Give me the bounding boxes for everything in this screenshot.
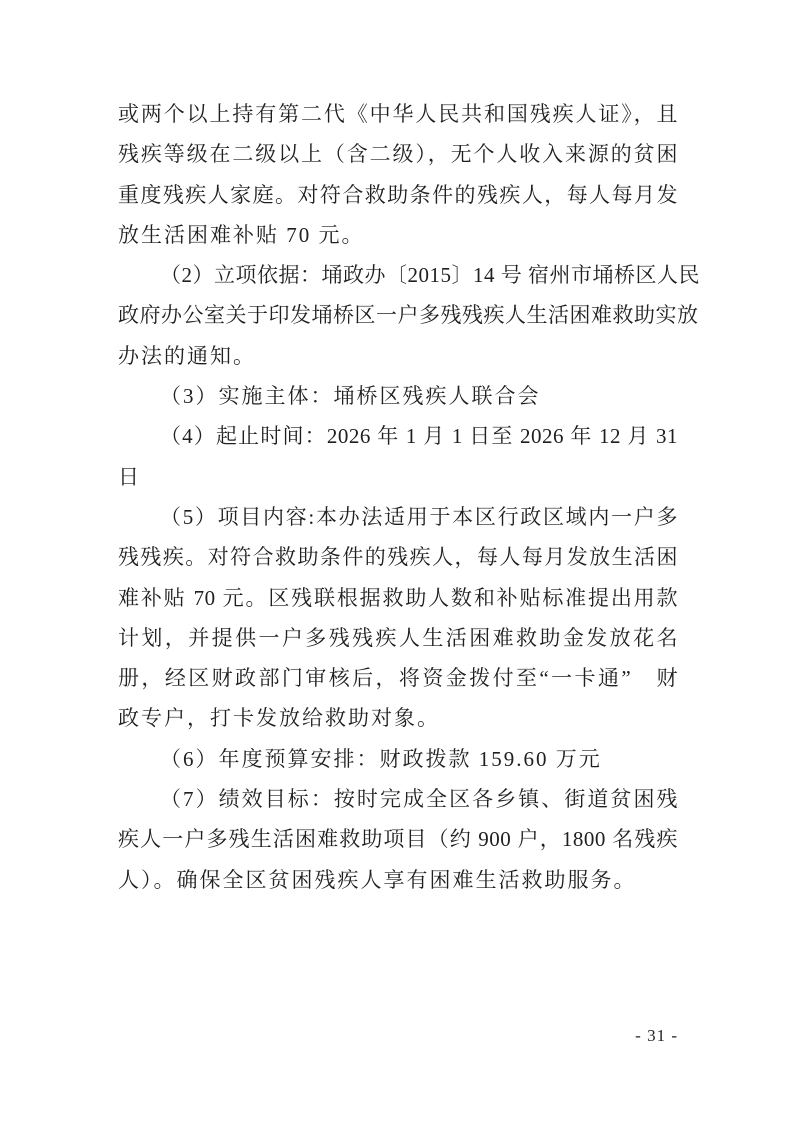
text-line: 疾人一户多残生活困难救助项目（约 900 户，1800 名残疾: [118, 819, 678, 859]
paragraph: （6）年度预算安排：财政拨款 159.60 万元: [118, 739, 678, 779]
text-line: （5）项目内容:本办法适用于本区行政区域内一户多: [118, 497, 678, 537]
text-line: 计划，并提供一户多残残疾人生活困难救助金发放花名: [118, 618, 678, 658]
text-line: （2）立项依据：埇政办〔2015〕14 号 宿州市埇桥区人民: [118, 255, 678, 295]
text-line: 政府办公室关于印发埇桥区一户多残残疾人生活困难救助实放: [118, 295, 678, 335]
text-line: 残疾等级在二级以上（含二级），无个人收入来源的贫困: [118, 134, 678, 174]
paragraph: 或两个以上持有第二代《中华人民共和国残疾人证》，且残疾等级在二级以上（含二级），…: [118, 94, 678, 255]
text-line: （3）实施主体：埇桥区残疾人联合会: [118, 376, 678, 416]
paragraph: （2）立项依据：埇政办〔2015〕14 号 宿州市埇桥区人民政府办公室关于印发埇…: [118, 255, 678, 376]
text-line: 或两个以上持有第二代《中华人民共和国残疾人证》，且: [118, 94, 678, 134]
text-line: 重度残疾人家庭。对符合救助条件的残疾人，每人每月发: [118, 175, 678, 215]
text-line: 日: [118, 457, 678, 497]
text-line: 办法的通知。: [118, 336, 678, 376]
text-line: （4）起止时间：2026 年 1 月 1 日至 2026 年 12 月 31: [118, 416, 678, 456]
text-line: 残残疾。对符合救助条件的残疾人，每人每月发放生活困: [118, 537, 678, 577]
text-line: 政专户，打卡发放给救助对象。: [118, 698, 678, 738]
document-page: 或两个以上持有第二代《中华人民共和国残疾人证》，且残疾等级在二级以上（含二级），…: [0, 0, 793, 1122]
paragraph: （3）实施主体：埇桥区残疾人联合会: [118, 376, 678, 416]
page-number: - 31 -: [118, 1024, 678, 1048]
paragraph: （5）项目内容:本办法适用于本区行政区域内一户多残残疾。对符合救助条件的残疾人，…: [118, 497, 678, 739]
document-body: 或两个以上持有第二代《中华人民共和国残疾人证》，且残疾等级在二级以上（含二级），…: [118, 94, 678, 900]
paragraph: （7）绩效目标：按时完成全区各乡镇、街道贫困残疾人一户多残生活困难救助项目（约 …: [118, 779, 678, 900]
text-line: 放生活困难补贴 70 元。: [118, 215, 678, 255]
text-line: 册，经区财政部门审核后，将资金拨付至“一卡通” 财: [118, 658, 678, 698]
text-line: （7）绩效目标：按时完成全区各乡镇、街道贫困残: [118, 779, 678, 819]
text-line: 难补贴 70 元。区残联根据救助人数和补贴标准提出用款: [118, 578, 678, 618]
text-line: （6）年度预算安排：财政拨款 159.60 万元: [118, 739, 678, 779]
text-line: 人）。确保全区贫困残疾人享有困难生活救助服务。: [118, 860, 678, 900]
paragraph: （4）起止时间：2026 年 1 月 1 日至 2026 年 12 月 31日: [118, 416, 678, 497]
